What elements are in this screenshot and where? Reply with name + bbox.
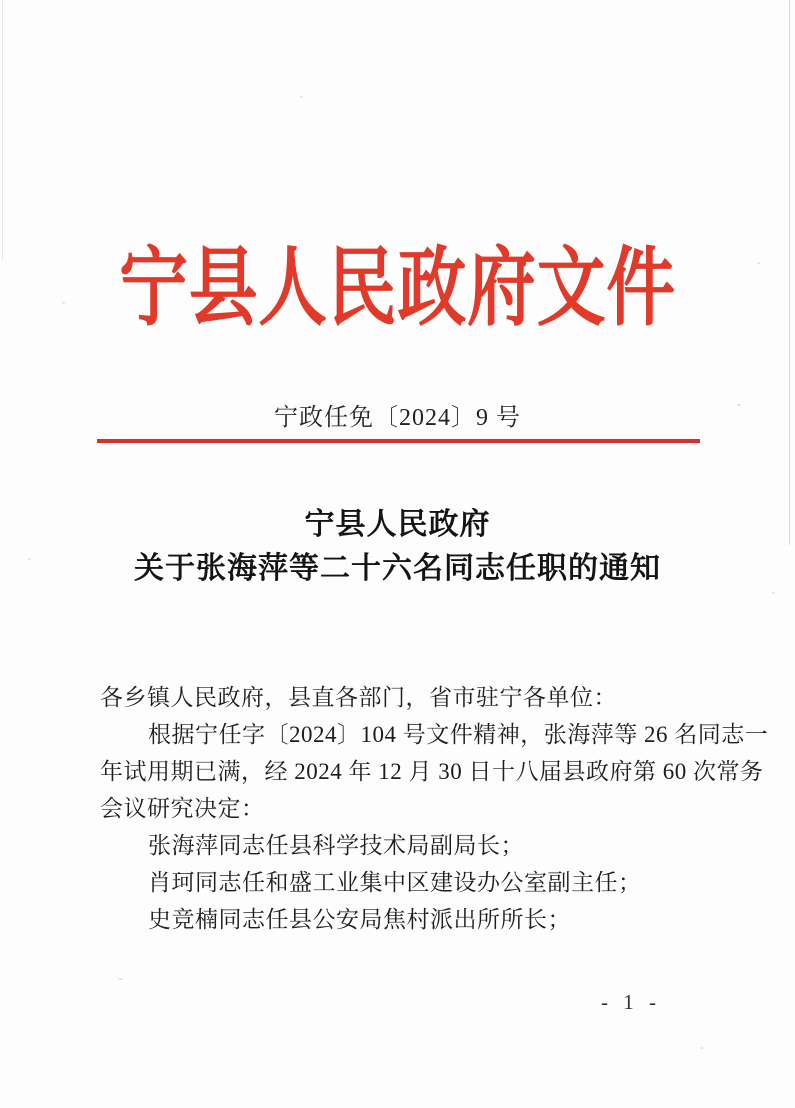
scan-edge-artifact — [789, 0, 790, 545]
appointment-line: 张海萍同志任县科学技术局副局长； — [100, 827, 704, 864]
scan-speck — [118, 978, 123, 980]
appointment-line: 史竞楠同志任县公安局焦村派出所所长； — [100, 901, 704, 938]
page-number: - 1 - — [601, 990, 661, 1015]
notice-title: 宁县人民政府 关于张海萍等二十六名同志任职的通知 — [0, 503, 795, 591]
scan-speck — [737, 404, 741, 406]
notice-body: 各乡镇人民政府，县直各部门，省市驻宁各单位： 根据宁任字〔2024〕104 号文… — [100, 679, 704, 938]
scan-speck — [772, 592, 775, 594]
scan-speck — [757, 262, 760, 264]
scanned-document-page: 宁县人民政府文件 宁政任免〔2024〕9 号 宁县人民政府 关于张海萍等二十六名… — [0, 0, 795, 1108]
notice-title-line-2: 关于张海萍等二十六名同志任职的通知 — [0, 547, 795, 591]
scan-speck — [62, 302, 65, 304]
body-paragraph-line: 会议研究决定： — [100, 790, 704, 827]
scan-edge-artifact — [2, 0, 3, 260]
scan-speck — [700, 1047, 703, 1049]
body-paragraph-line: 根据宁任字〔2024〕104 号文件精神，张海萍等 26 名同志一 — [100, 716, 704, 753]
document-number: 宁政任免〔2024〕9 号 — [0, 402, 795, 434]
scan-speck — [300, 96, 303, 98]
scan-speck — [28, 558, 31, 560]
agency-header-title: 宁县人民政府文件 — [80, 238, 716, 338]
notice-title-line-1: 宁县人民政府 — [0, 503, 795, 547]
red-divider-line — [97, 439, 700, 443]
body-paragraph-line: 年试用期已满，经 2024 年 12 月 30 日十八届县政府第 60 次常务 — [100, 753, 704, 790]
appointment-line: 肖珂同志任和盛工业集中区建设办公室副主任； — [100, 864, 704, 901]
salutation-line: 各乡镇人民政府，县直各部门，省市驻宁各单位： — [100, 679, 704, 716]
